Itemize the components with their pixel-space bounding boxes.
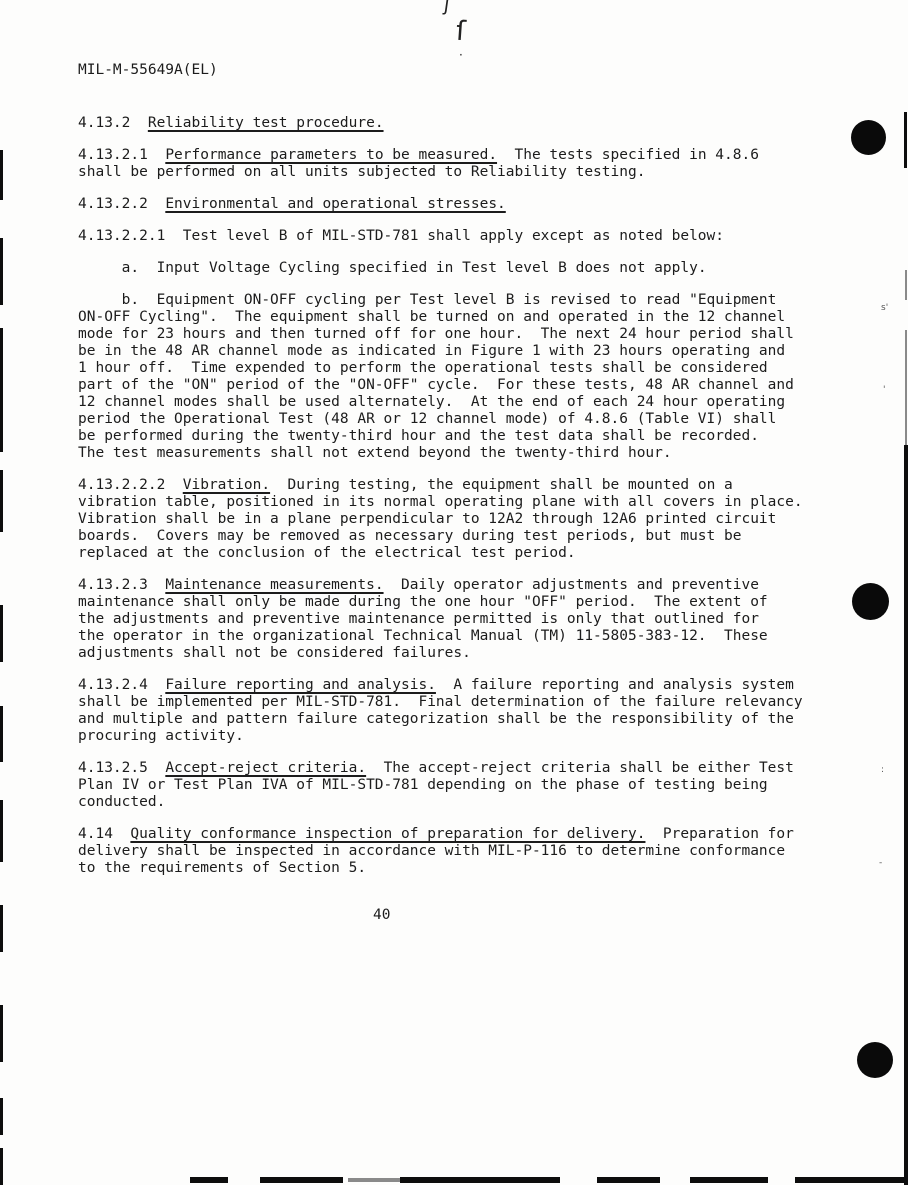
section-number: 4.14	[78, 826, 130, 842]
paragraph-4-13-2-2: 4.13.2.2 Environmental and operational s…	[78, 196, 868, 213]
section-title: Failure reporting and analysis.	[165, 677, 436, 693]
paragraph-4-13-2-5: 4.13.2.5 Accept-reject criteria. The acc…	[78, 760, 868, 811]
section-text: a. Input Voltage Cycling specified in Te…	[78, 260, 707, 276]
left-edge-scan-mark	[0, 800, 3, 862]
page-number: 40	[78, 907, 868, 924]
pen-dot-mark: ·	[459, 48, 463, 62]
bottom-edge-scan-mark	[348, 1178, 400, 1182]
paragraph-4-13-2-4: 4.13.2.4 Failure reporting and analysis.…	[78, 677, 868, 745]
section-number: 4.13.2.3	[78, 577, 165, 593]
bottom-edge-scan-mark	[260, 1177, 343, 1183]
section-number: 4.13.2.2	[78, 196, 165, 212]
paragraph-4-14: 4.14 Quality conformance inspection of p…	[78, 826, 868, 877]
section-number: 4.13.2.1	[78, 147, 165, 163]
section-title: Accept-reject criteria.	[165, 760, 366, 776]
scan-speck: :	[881, 765, 884, 775]
left-edge-scan-mark	[0, 1148, 3, 1185]
left-edge-scan-mark	[0, 905, 3, 952]
bottom-edge-scan-mark	[795, 1177, 908, 1183]
section-title: Reliability test procedure.	[148, 115, 384, 131]
document-content: MIL-M-55649A(EL) 4.13.2 Reliability test…	[78, 62, 868, 924]
document-id-header: MIL-M-55649A(EL)	[78, 62, 868, 79]
scan-speck: -	[879, 858, 882, 868]
section-number: 4.13.2.2.2	[78, 477, 183, 493]
section-title: Environmental and operational stresses.	[165, 196, 505, 212]
left-edge-scan-mark	[0, 238, 3, 305]
right-edge-scan-mark	[904, 445, 908, 1185]
section-title: Maintenance measurements.	[165, 577, 383, 593]
paragraph-item-a: a. Input Voltage Cycling specified in Te…	[78, 260, 868, 277]
scan-speck: s'	[881, 303, 888, 313]
pen-squiggle-mark: ſ	[455, 16, 467, 48]
paragraph-4-13-2-2-2: 4.13.2.2.2 Vibration. During testing, th…	[78, 477, 868, 562]
section-text: b. Equipment ON-OFF cycling per Test lev…	[78, 292, 794, 461]
right-edge-scan-mark	[905, 270, 907, 300]
paragraph-item-b: b. Equipment ON-OFF cycling per Test lev…	[78, 292, 868, 462]
right-edge-scan-mark	[905, 330, 907, 445]
scan-speck: '	[883, 385, 885, 395]
section-title: Vibration.	[183, 477, 270, 493]
paragraph-4-13-2-2-1: 4.13.2.2.1 Test level B of MIL-STD-781 s…	[78, 228, 868, 245]
paragraph-4-13-2-1: 4.13.2.1 Performance parameters to be me…	[78, 147, 868, 181]
bottom-edge-scan-mark	[690, 1177, 768, 1183]
punch-hole-mark-middle	[852, 583, 889, 620]
bottom-edge-scan-mark	[400, 1177, 560, 1183]
scanned-document-page: MIL-M-55649A(EL) 4.13.2 Reliability test…	[0, 0, 908, 1185]
left-edge-scan-mark	[0, 328, 3, 452]
left-edge-scan-mark	[0, 605, 3, 662]
left-edge-scan-mark	[0, 470, 3, 532]
document-body: 4.13.2 Reliability test procedure.4.13.2…	[78, 115, 868, 877]
left-edge-scan-mark	[0, 150, 3, 200]
left-edge-scan-mark	[0, 706, 3, 762]
section-number: 4.13.2.4	[78, 677, 165, 693]
right-edge-scan-mark	[904, 112, 907, 168]
section-title: Performance parameters to be measured.	[165, 147, 497, 163]
left-edge-scan-mark	[0, 1098, 3, 1135]
paragraph-4-13-2: 4.13.2 Reliability test procedure.	[78, 115, 868, 132]
section-title: Quality conformance inspection of prepar…	[130, 826, 645, 842]
section-text: 4.13.2.2.1 Test level B of MIL-STD-781 s…	[78, 228, 724, 244]
section-number: 4.13.2	[78, 115, 148, 131]
bottom-edge-scan-mark	[597, 1177, 660, 1183]
punch-hole-mark-bottom	[857, 1042, 893, 1078]
paragraph-4-13-2-3: 4.13.2.3 Maintenance measurements. Daily…	[78, 577, 868, 662]
section-number: 4.13.2.5	[78, 760, 165, 776]
punch-hole-mark-top	[851, 120, 886, 155]
pen-squiggle-mark: ʃ	[443, 0, 452, 16]
bottom-edge-scan-mark	[190, 1177, 228, 1183]
left-edge-scan-mark	[0, 1005, 3, 1062]
